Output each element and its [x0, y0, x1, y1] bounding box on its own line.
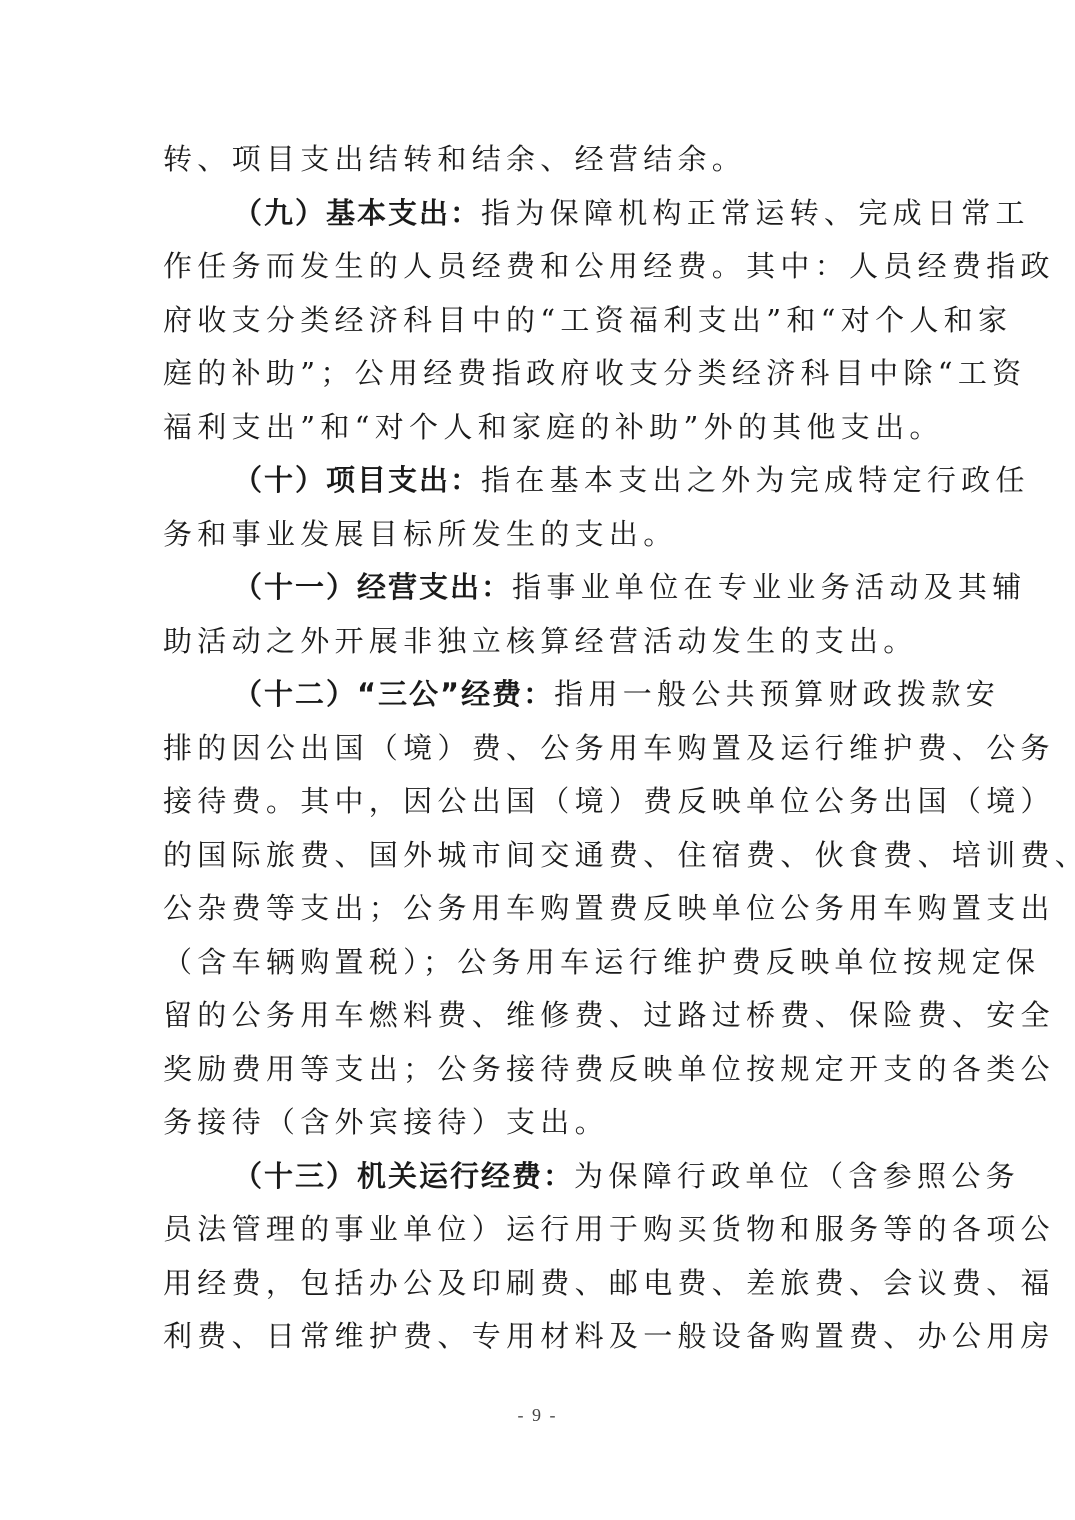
line-text: 接待费。其中，因公出国（境）费反映单位公务出国（境）: [163, 784, 1055, 818]
section-heading-line: （九）基本支出：指为保障机构正常运转、完成日常工: [163, 187, 915, 241]
text-line: 福利支出”和“对个人和家庭的补助”外的其他支出。: [163, 401, 915, 455]
section-heading-13: （十三）机关运行经费：: [233, 1159, 574, 1193]
text-line: 留的公务用车燃料费、维修费、过路过桥费、保险费、安全: [163, 989, 915, 1043]
text-line: 助活动之外开展非独立核算经营活动发生的支出。: [163, 615, 915, 669]
section-heading-line: （十一）经营支出：指事业单位在专业业务活动及其辅: [163, 561, 915, 615]
line-text: 指在基本支出之外为完成特定行政任: [481, 463, 1030, 497]
text-line: 庭的补助”；公用经费指政府收支分类经济科目中除“工资: [163, 347, 915, 401]
section-heading-10: （十）项目支出：: [233, 463, 481, 497]
text-line: 员法管理的事业单位）运行用于购买货物和服务等的各项公: [163, 1203, 915, 1257]
document-body: 转、项目支出结转和结余、经营结余。 （九）基本支出：指为保障机构正常运转、完成日…: [163, 133, 915, 1364]
line-text: 为保障行政单位（含参照公务: [574, 1159, 1020, 1193]
line-text: 府收支分类经济科目中的“工资福利支出”和“对个人和家: [163, 303, 1012, 337]
text-line: 利费、日常维护费、专用材料及一般设备购置费、办公用房: [163, 1310, 915, 1364]
section-heading-9: （九）基本支出：: [233, 196, 481, 230]
text-line: 府收支分类经济科目中的“工资福利支出”和“对个人和家: [163, 294, 915, 348]
line-text: 留的公务用车燃料费、维修费、过路过桥费、保险费、安全: [163, 998, 1055, 1032]
text-line: 接待费。其中，因公出国（境）费反映单位公务出国（境）: [163, 775, 915, 829]
line-text: 奖励费用等支出；公务接待费反映单位按规定开支的各类公: [163, 1052, 1055, 1086]
line-text: 公杂费等支出；公务用车购置费反映单位公务用车购置支出: [163, 891, 1055, 925]
line-text: 务和事业发展目标所发生的支出。: [163, 517, 678, 551]
text-line: 转、项目支出结转和结余、经营结余。: [163, 133, 915, 187]
text-line: 作任务而发生的人员经费和公用经费。其中：人员经费指政: [163, 240, 915, 294]
section-heading-line: （十二）“三公”经费：指用一般公共预算财政拨款安: [163, 668, 915, 722]
line-text: 排的因公出国（境）费、公务用车购置及运行维护费、公务: [163, 731, 1055, 765]
text-line: 排的因公出国（境）费、公务用车购置及运行维护费、公务: [163, 722, 915, 776]
line-text: 庭的补助”；公用经费指政府收支分类经济科目中除“工资: [163, 356, 1026, 390]
text-line: 务和事业发展目标所发生的支出。: [163, 508, 915, 562]
section-heading-line: （十）项目支出：指在基本支出之外为完成特定行政任: [163, 454, 915, 508]
text-line: 务接待（含外宾接待）支出。: [163, 1096, 915, 1150]
text-line: （含车辆购置税）；公务用车运行维护费反映单位按规定保: [163, 936, 915, 990]
text-line: 公杂费等支出；公务用车购置费反映单位公务用车购置支出: [163, 882, 915, 936]
line-text: 用经费，包括办公及印刷费、邮电费、差旅费、会议费、福: [163, 1266, 1055, 1300]
page-number: - 9 -: [0, 1405, 1075, 1426]
line-text: 的国际旅费、国外城市间交通费、住宿费、伙食费、培训费、: [163, 838, 1075, 872]
line-text: 作任务而发生的人员经费和公用经费。其中：人员经费指政: [163, 249, 1055, 283]
line-text: 指事业单位在专业业务活动及其辅: [512, 570, 1027, 604]
text-line: 用经费，包括办公及印刷费、邮电费、差旅费、会议费、福: [163, 1257, 915, 1311]
line-text: 助活动之外开展非独立核算经营活动发生的支出。: [163, 624, 918, 658]
line-text: （含车辆购置税）；公务用车运行维护费反映单位按规定保: [163, 945, 1040, 979]
section-heading-11: （十一）经营支出：: [233, 570, 512, 604]
line-text: 指用一般公共预算财政拨款安: [554, 677, 1000, 711]
line-text: 利费、日常维护费、专用材料及一般设备购置费、办公用房: [163, 1319, 1055, 1353]
line-text: 转、项目支出结转和结余、经营结余。: [163, 142, 746, 176]
line-text: 务接待（含外宾接待）支出。: [163, 1105, 609, 1139]
section-heading-12: （十二）“三公”经费：: [233, 677, 554, 711]
line-text: 福利支出”和“对个人和家庭的补助”外的其他支出。: [163, 410, 944, 444]
line-text: 员法管理的事业单位）运行用于购买货物和服务等的各项公: [163, 1212, 1055, 1246]
line-text: 指为保障机构正常运转、完成日常工: [481, 196, 1030, 230]
text-line: 奖励费用等支出；公务接待费反映单位按规定开支的各类公: [163, 1043, 915, 1097]
text-line: 的国际旅费、国外城市间交通费、住宿费、伙食费、培训费、: [163, 829, 915, 883]
section-heading-line: （十三）机关运行经费：为保障行政单位（含参照公务: [163, 1150, 915, 1204]
